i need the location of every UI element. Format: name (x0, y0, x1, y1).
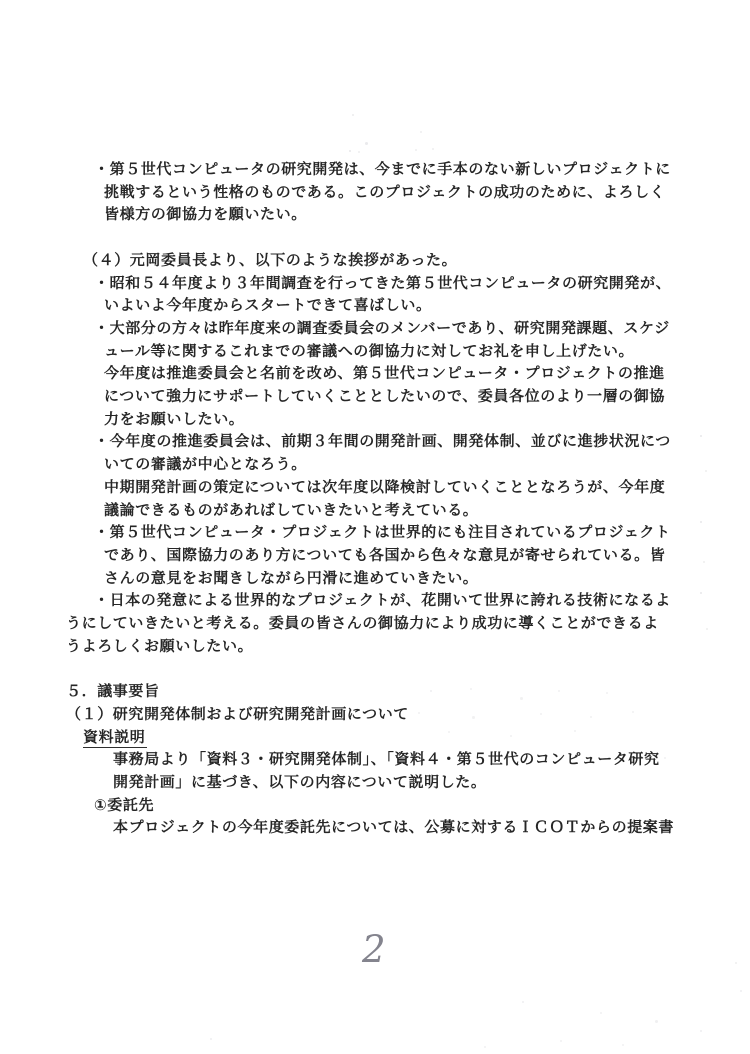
scan-noise-dot (655, 1020, 658, 1023)
text-line: ・第５世代コンピュータの研究開発は、今までに手本のない新しいプロジェクトに (0, 158, 750, 181)
scan-noise-dot (740, 990, 742, 992)
scan-noise-dot (352, 114, 354, 116)
text-line: うよろしくお願いしたい。 (0, 635, 750, 658)
text-line: ５．議事要旨 (0, 680, 750, 703)
text-line: 本プロジェクトの今年度委託先については、公募に対するＩＣＯＴからの提案書 (0, 816, 750, 839)
text-line: （１）研究開発体制および研究開発計画について (0, 703, 750, 726)
scan-noise-dot (484, 1046, 486, 1048)
text-line: ・日本の発意による世界的なプロジェクトが、花開いて世界に誇れる技術になるよ (0, 589, 750, 612)
text-line: 事務局より「資料３・研究開発体制」、「資料４・第５世代のコンピュータ研究 (0, 748, 750, 771)
scan-noise-dot (700, 1030, 702, 1032)
text-line: 中期開発計画の策定については次年度以降検討していくこととなろうが、今年度 (0, 476, 750, 499)
text-line: 皆様方の御協力を願いたい。 (0, 203, 750, 226)
scan-noise-dot (358, 151, 360, 153)
text-line: 挑戦するという性格のものである。このプロジェクトの成功のために、よろしく (0, 181, 750, 204)
text-line: さんの意見をお聞きしながら円滑に進めていきたい。 (0, 567, 750, 590)
text-line: いての審議が中心となろう。 (0, 453, 750, 476)
text-line: ・第５世代コンピュータ・プロジェクトは世界的にも注目されているプロジェクト (0, 521, 750, 544)
text-line: ュール等に関するこれまでの審議への御協力に対してお礼を申し上げたい。 (0, 340, 750, 363)
text-line: 開発計画」に基づき、以下の内容について説明した。 (0, 771, 750, 794)
text-line: について強力にサポートしていくこととしたいので、委員各位のより一層の御協 (0, 385, 750, 408)
text-line: うにしていきたいと考える。委員の皆さんの御協力により成功に導くことができるよ (0, 612, 750, 635)
scan-noise-dot (622, 1044, 624, 1046)
document-text-block: ・第５世代コンピュータの研究開発は、今までに手本のない新しいプロジェクトに挑戦す… (0, 158, 750, 839)
scan-noise-dot (415, 149, 417, 151)
text-line: 力をお願いしたい。 (0, 408, 750, 431)
text-line: であり、国際協力のあり方についても各国から色々な意見が寄せられている。皆 (0, 544, 750, 567)
scan-noise-dot (432, 148, 434, 150)
scan-noise-dot (420, 131, 422, 133)
text-line: ・昭和５４年度より３年間調査を行ってきた第５世代コンピュータの研究開発が、 (0, 272, 750, 295)
scan-noise-dot (560, 1040, 562, 1042)
scan-noise-dot (735, 962, 737, 964)
text-line: ・大部分の方々は昨年度来の調査委員会のメンバーであり、研究開発課題、スケジ (0, 317, 750, 340)
page-number: 2 (362, 928, 386, 971)
scanned-document-page: ・第５世代コンピュータの研究開発は、今までに手本のない新しいプロジェクトに挑戦す… (0, 0, 750, 1054)
text-line: いよいよ今年度からスタートできて喜ばしい。 (0, 294, 750, 317)
scan-noise-dot (210, 1038, 212, 1040)
text-line: 資料説明 (0, 726, 750, 749)
text-line: （４）元岡委員長より、以下のような挨拶があった。 (0, 249, 750, 272)
text-line: ①委託先 (0, 794, 750, 817)
scan-noise-dot (365, 142, 368, 145)
scan-noise-dot (522, 1001, 524, 1003)
scan-noise-dot (600, 1012, 602, 1014)
text-line: 議論できるものがあればしていきたいと考えている。 (0, 499, 750, 522)
scan-noise-dot (349, 150, 351, 152)
text-line: ・今年度の推進委員会は、前期３年間の開発計画、開発体制、並びに進捗状況につ (0, 430, 750, 453)
text-line: 今年度は推進委員会と名前を改め、第５世代コンピュータ・プロジェクトの推進 (0, 362, 750, 385)
